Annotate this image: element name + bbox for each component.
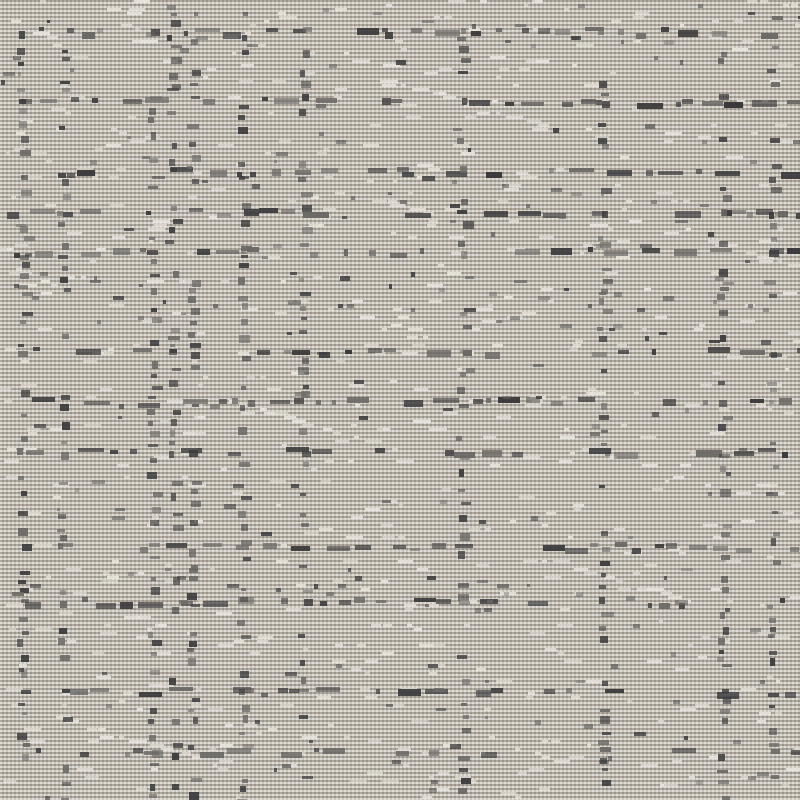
weave-mark — [757, 256, 765, 259]
weave-mark — [461, 28, 467, 34]
weave-mark — [20, 571, 30, 575]
weave-mark — [18, 72, 21, 76]
weave-mark — [663, 296, 674, 301]
weave-mark — [193, 432, 206, 435]
weave-mark — [189, 641, 197, 646]
weave-mark — [149, 108, 157, 115]
weave-mark — [429, 672, 437, 675]
weave-mark — [38, 328, 52, 331]
weave-mark — [259, 208, 277, 213]
weave-mark — [772, 46, 779, 49]
weave-mark — [530, 632, 545, 635]
weave-mark — [22, 262, 30, 268]
weave-mark — [237, 620, 245, 626]
weave-mark — [383, 428, 389, 431]
weave-mark — [262, 97, 268, 101]
weave-mark — [767, 676, 773, 679]
weave-mark — [757, 720, 765, 723]
weave-mark — [304, 72, 315, 75]
weave-mark — [107, 576, 119, 579]
weave-mark — [292, 350, 309, 355]
weave-mark — [519, 68, 529, 71]
weave-mark — [745, 260, 750, 263]
weave-mark — [602, 144, 610, 149]
weave-mark — [106, 144, 121, 147]
weave-mark — [326, 592, 334, 596]
weave-mark — [151, 374, 157, 378]
weave-mark — [60, 535, 67, 541]
weave-mark — [67, 173, 75, 178]
weave-mark — [772, 16, 783, 21]
weave-mark — [719, 94, 729, 100]
weave-mark — [569, 168, 593, 172]
weave-mark — [654, 56, 658, 60]
weave-mark — [238, 511, 246, 518]
weave-mark — [62, 179, 69, 186]
weave-mark — [385, 32, 393, 38]
weave-mark — [457, 138, 464, 144]
weave-mark — [472, 328, 480, 331]
weave-mark — [476, 668, 486, 671]
weave-mark — [208, 708, 223, 711]
weave-mark — [270, 480, 286, 483]
weave-mark — [301, 81, 311, 88]
weave-mark — [476, 690, 491, 697]
weave-mark — [790, 547, 799, 553]
weave-mark — [663, 399, 676, 406]
weave-mark — [419, 644, 435, 647]
weave-mark — [149, 543, 160, 547]
weave-mark — [436, 599, 450, 604]
weave-mark — [173, 410, 181, 415]
weave-mark — [66, 568, 81, 571]
weave-mark — [153, 220, 170, 223]
weave-mark — [673, 700, 679, 704]
weave-mark — [443, 96, 456, 99]
weave-mark — [346, 536, 363, 539]
weave-mark — [734, 20, 743, 23]
weave-mark — [505, 102, 514, 106]
weave-mark — [713, 546, 728, 550]
weave-mark — [64, 288, 71, 292]
weave-mark — [344, 52, 349, 55]
weave-mark — [771, 82, 780, 87]
weave-mark — [203, 99, 215, 106]
weave-mark — [404, 604, 416, 607]
weave-mark — [675, 220, 687, 223]
weave-mark — [18, 528, 28, 536]
weave-mark — [303, 462, 309, 468]
weave-mark — [62, 782, 71, 786]
weave-mark — [84, 424, 101, 427]
weave-mark — [303, 50, 310, 58]
weave-mark — [450, 204, 460, 208]
weave-mark — [241, 588, 246, 592]
weave-mark — [450, 220, 456, 223]
weave-mark — [192, 280, 201, 288]
weave-mark — [350, 780, 367, 783]
weave-mark — [21, 599, 29, 603]
weave-mark — [62, 88, 70, 92]
weave-mark — [796, 213, 800, 219]
weave-mark — [515, 249, 540, 255]
weave-mark — [642, 464, 658, 467]
weave-mark — [241, 524, 247, 531]
weave-mark — [50, 428, 64, 431]
weave-mark — [601, 192, 604, 196]
weave-mark — [545, 648, 556, 651]
weave-mark — [719, 241, 728, 246]
weave-mark — [300, 70, 305, 77]
weave-mark — [485, 528, 491, 531]
weave-mark — [699, 324, 705, 327]
weave-mark — [709, 340, 720, 343]
weave-mark — [100, 388, 113, 391]
weave-mark — [696, 450, 722, 457]
weave-mark — [740, 320, 756, 323]
weave-mark — [457, 210, 466, 214]
weave-mark — [546, 512, 556, 515]
weave-mark — [61, 452, 69, 460]
weave-mark — [660, 784, 665, 787]
weave-mark — [618, 29, 625, 35]
weave-mark — [316, 98, 337, 103]
weave-mark — [216, 250, 238, 254]
weave-mark — [646, 170, 653, 177]
weave-mark — [518, 211, 542, 216]
weave-mark — [569, 756, 584, 759]
weave-mark — [375, 448, 384, 453]
weave-mark — [465, 276, 475, 279]
weave-mark — [302, 227, 313, 233]
weave-mark — [309, 52, 315, 55]
weave-mark — [538, 124, 550, 127]
weave-mark — [601, 531, 607, 535]
weave-mark — [336, 140, 346, 144]
weave-mark — [719, 137, 727, 142]
weave-mark — [443, 408, 453, 411]
weave-mark — [769, 743, 779, 747]
weave-mark — [398, 689, 420, 696]
weave-mark — [154, 224, 167, 227]
weave-mark — [601, 403, 608, 410]
weave-mark — [155, 624, 166, 627]
weave-mark — [675, 211, 701, 218]
weave-mark — [82, 32, 96, 39]
weave-mark — [771, 538, 777, 546]
weave-mark — [719, 408, 729, 411]
weave-mark — [46, 160, 52, 163]
weave-mark — [427, 224, 436, 227]
weave-mark — [439, 92, 445, 95]
weave-mark — [63, 194, 71, 200]
weave-mark — [434, 688, 444, 692]
weave-mark — [284, 416, 296, 419]
weave-mark — [481, 752, 497, 758]
weave-mark — [60, 81, 70, 85]
weave-mark — [112, 560, 119, 563]
weave-mark — [785, 692, 796, 698]
weave-mark — [347, 304, 354, 308]
weave-mark — [502, 184, 510, 188]
weave-mark — [681, 568, 694, 571]
weave-mark — [722, 587, 729, 593]
weave-mark — [461, 152, 475, 155]
weave-mark — [319, 528, 333, 531]
weave-mark — [769, 705, 775, 708]
weave-mark — [203, 376, 208, 379]
weave-mark — [146, 32, 155, 37]
weave-mark — [791, 750, 800, 755]
weave-mark — [772, 164, 782, 169]
weave-mark — [748, 776, 756, 780]
weave-mark — [173, 513, 183, 516]
weave-mark — [771, 352, 777, 357]
weave-mark — [316, 687, 340, 692]
weave-mark — [436, 788, 449, 791]
weave-mark — [210, 404, 220, 409]
weave-mark — [23, 743, 30, 747]
weave-mark — [40, 99, 57, 103]
weave-mark — [152, 317, 161, 323]
weave-mark — [648, 603, 653, 608]
weave-mark — [721, 555, 729, 560]
weave-mark — [243, 715, 248, 723]
weave-mark — [354, 436, 358, 439]
weave-mark — [696, 169, 702, 174]
weave-mark — [768, 408, 772, 411]
weave-mark — [459, 404, 469, 408]
weave-mark — [189, 568, 198, 573]
weave-mark — [304, 599, 313, 605]
weave-mark — [113, 296, 123, 300]
weave-mark — [140, 248, 147, 253]
weave-mark — [602, 211, 608, 217]
weave-mark — [598, 740, 609, 745]
weave-mark — [172, 481, 183, 486]
weave-mark — [721, 532, 730, 537]
weave-mark — [760, 604, 765, 607]
weave-mark — [711, 272, 718, 275]
weave-mark — [741, 520, 756, 523]
weave-mark — [427, 576, 435, 580]
weave-mark — [303, 648, 308, 651]
weave-mark — [299, 109, 306, 116]
weave-mark — [238, 162, 245, 167]
weave-mark — [408, 192, 413, 195]
weave-mark — [636, 33, 645, 39]
weave-mark — [477, 580, 488, 583]
weave-mark — [543, 545, 565, 551]
weave-mark — [241, 540, 252, 547]
weave-mark — [758, 448, 776, 452]
weave-mark — [400, 104, 417, 107]
weave-mark — [190, 343, 201, 348]
weave-mark — [96, 248, 106, 251]
weave-mark — [555, 29, 570, 35]
weave-mark — [614, 292, 622, 297]
weave-mark — [187, 252, 193, 255]
weave-mark — [770, 658, 775, 666]
weave-mark — [561, 396, 567, 399]
weave-mark — [460, 533, 470, 541]
weave-mark — [779, 398, 792, 404]
weave-mark — [759, 184, 769, 187]
weave-mark — [586, 680, 602, 683]
weave-mark — [489, 292, 498, 296]
weave-mark — [429, 788, 438, 793]
weave-mark — [445, 450, 454, 457]
weave-mark — [130, 449, 138, 455]
weave-mark — [626, 596, 636, 601]
weave-mark — [352, 300, 364, 303]
weave-mark — [386, 4, 392, 7]
weave-mark — [496, 112, 500, 115]
weave-mark — [367, 772, 383, 775]
weave-mark — [576, 44, 594, 47]
weave-mark — [140, 547, 147, 553]
weave-mark — [323, 148, 329, 151]
weave-mark — [590, 432, 600, 436]
weave-mark — [791, 564, 800, 567]
weave-mark — [769, 177, 776, 182]
weave-mark — [382, 652, 394, 655]
weave-mark — [675, 600, 687, 605]
weave-mark — [98, 728, 106, 731]
weave-mark — [278, 12, 286, 15]
weave-mark — [382, 28, 389, 32]
weave-mark — [286, 608, 301, 611]
weave-mark — [664, 140, 673, 143]
weave-mark — [423, 336, 429, 339]
weave-mark — [3, 72, 15, 76]
charcoal-grid-pattern — [0, 0, 800, 800]
weave-mark — [420, 248, 424, 254]
weave-mark — [169, 159, 175, 166]
weave-mark — [240, 671, 249, 679]
weave-mark — [388, 192, 392, 195]
weave-mark — [525, 404, 541, 407]
weave-mark — [109, 304, 124, 307]
weave-mark — [484, 708, 491, 711]
weave-mark — [200, 752, 224, 759]
weave-mark — [574, 508, 582, 511]
weave-mark — [240, 597, 247, 603]
weave-mark — [411, 272, 416, 277]
weave-mark — [382, 328, 386, 331]
weave-mark — [767, 69, 776, 73]
weave-mark — [586, 128, 592, 131]
weave-mark — [194, 172, 202, 175]
weave-mark — [407, 624, 413, 627]
weave-mark — [440, 500, 446, 504]
weave-mark — [191, 96, 201, 99]
weave-mark — [147, 409, 154, 415]
weave-mark — [189, 142, 196, 147]
weave-mark — [727, 600, 733, 603]
weave-mark — [61, 395, 70, 400]
weave-mark — [751, 132, 758, 135]
weave-mark — [678, 30, 698, 37]
weave-mark — [14, 284, 18, 288]
weave-mark — [769, 294, 777, 298]
weave-mark — [124, 476, 129, 479]
weave-mark — [171, 57, 182, 63]
weave-mark — [20, 226, 28, 233]
weave-mark — [281, 280, 286, 283]
weave-mark — [77, 768, 93, 771]
weave-mark — [506, 116, 523, 119]
weave-mark — [773, 560, 781, 565]
weave-mark — [605, 689, 623, 693]
weave-mark — [769, 212, 775, 220]
weave-mark — [528, 601, 548, 605]
weave-mark — [300, 243, 310, 247]
weave-mark — [9, 628, 16, 631]
weave-mark — [636, 40, 640, 43]
weave-mark — [504, 592, 509, 596]
weave-mark — [721, 209, 727, 216]
weave-mark — [169, 380, 178, 387]
weave-mark — [566, 688, 572, 693]
weave-mark — [473, 399, 483, 404]
weave-mark — [152, 516, 160, 519]
weave-mark — [398, 316, 409, 319]
weave-mark — [770, 627, 776, 632]
weave-mark — [601, 430, 608, 434]
weave-mark — [36, 748, 41, 754]
weave-mark — [150, 763, 159, 766]
weave-mark — [87, 728, 97, 731]
weave-mark — [355, 545, 372, 550]
weave-mark — [604, 250, 628, 256]
weave-mark — [402, 172, 414, 177]
weave-mark — [600, 747, 611, 751]
weave-mark — [722, 796, 730, 800]
weave-mark — [509, 220, 519, 223]
weave-mark — [536, 396, 542, 399]
weave-mark — [211, 188, 225, 191]
weave-mark — [365, 440, 382, 443]
weave-mark — [168, 336, 180, 340]
weave-mark — [113, 248, 129, 255]
weave-mark — [602, 547, 610, 552]
weave-mark — [227, 584, 239, 588]
weave-mark — [7, 212, 18, 218]
weave-mark — [302, 94, 309, 101]
weave-mark — [683, 200, 689, 203]
weave-mark — [760, 0, 768, 3]
weave-mark — [627, 700, 632, 703]
weave-mark — [703, 400, 708, 405]
weave-mark — [621, 40, 624, 44]
weave-mark — [444, 16, 453, 19]
weave-mark — [602, 732, 612, 735]
weave-mark — [150, 340, 159, 346]
weave-mark — [391, 232, 396, 235]
weave-mark — [141, 40, 158, 43]
weave-mark — [640, 244, 653, 248]
weave-mark — [558, 652, 564, 655]
weave-mark — [671, 652, 677, 657]
weave-mark — [459, 46, 469, 52]
weave-mark — [323, 208, 336, 211]
weave-mark — [34, 424, 47, 428]
weave-mark — [67, 28, 75, 33]
weave-mark — [524, 4, 528, 7]
weave-mark — [124, 616, 140, 619]
weave-mark — [21, 99, 32, 104]
